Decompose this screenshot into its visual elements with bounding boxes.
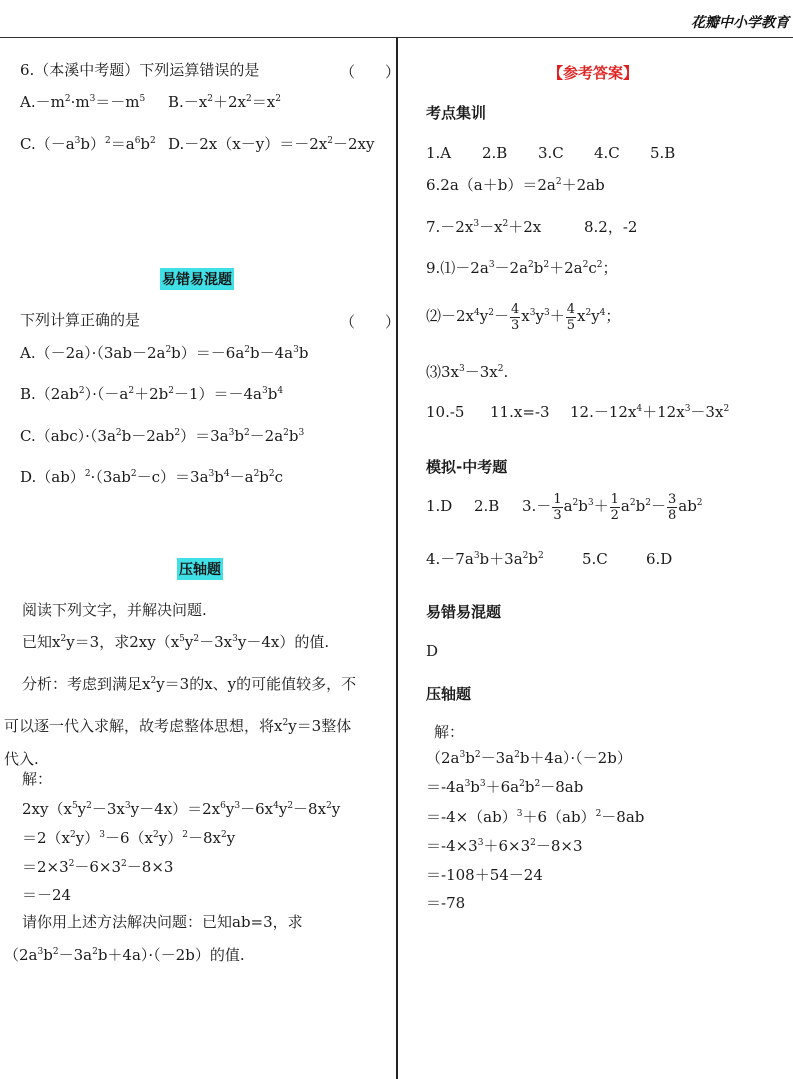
final-step-2: ＝2（x2y）3－6（x2y）2－8x2y bbox=[22, 829, 235, 847]
mock-answer-5: 5.C bbox=[582, 550, 608, 568]
final-solution-step-5: ＝-78 bbox=[426, 894, 465, 912]
final-step-4: ＝－24 bbox=[22, 886, 71, 904]
error-option-a: A.（－2a）·（3ab－2a2b）＝－6a2b－4a3b bbox=[20, 344, 308, 362]
answer-9-1: 9.⑴－2a3－2a2b2＋2a2c2； bbox=[426, 259, 618, 277]
final-task-2: （2a3b2－3a2b＋4a）·（－2b）的值. bbox=[4, 946, 245, 964]
answer-7: 7.－2x3－x2＋2x bbox=[426, 218, 541, 236]
q6-option-b: B.－x2＋2x2＝x2 bbox=[168, 93, 281, 111]
error-option-d: D.（ab）2·（3ab2－c）＝3a3b4－a2b2c bbox=[20, 468, 283, 486]
mock-answer-6: 6.D bbox=[646, 550, 672, 568]
section-title-error-prone: 易错易混题 bbox=[160, 268, 234, 290]
answers-sec4-title: 压轴题 bbox=[426, 683, 471, 704]
answer-10: 10.-5 bbox=[426, 403, 464, 421]
final-solution-step-2: ＝-4×（ab）3＋6（ab）2－8ab bbox=[426, 808, 644, 826]
q6-option-c: C.（－a3b）2＝a6b2 bbox=[20, 135, 156, 153]
mock-answer-1: 1.D bbox=[426, 489, 452, 523]
q6-option-d: D.－2x（x－y）＝－2x2－2xy bbox=[168, 135, 374, 153]
final-line-1: 阅读下列文字，并解决问题. bbox=[22, 601, 207, 619]
mock-answer-2: 2.B bbox=[474, 489, 499, 523]
q6-answer-blank: （ ） bbox=[340, 61, 400, 82]
mock-answer-4: 4.－7a3b＋3a2b2 bbox=[426, 550, 544, 568]
final-analysis-2: 可以逐一代入求解，故考虑整体思想，将x2y＝3整体 bbox=[4, 717, 351, 735]
error-stem: 下列计算正确的是 bbox=[20, 311, 140, 329]
answer-1: 1.A bbox=[426, 144, 451, 162]
error-prone-answer: D bbox=[426, 642, 438, 660]
final-task-1: 请你用上述方法解决问题：已知ab=3，求 bbox=[22, 913, 303, 931]
final-step-3: ＝2×32－6×32－8×3 bbox=[22, 858, 173, 876]
answers-sec2-title: 模拟-中考题 bbox=[426, 456, 507, 477]
answer-11: 11.x=-3 bbox=[490, 403, 550, 421]
final-solution-step-1: ＝-4a3b3＋6a2b2－8ab bbox=[426, 778, 583, 796]
answer-6: 6.2a（a＋b）＝2a2＋2ab bbox=[426, 176, 605, 194]
error-option-c: C.（abc）·（3a2b－2ab2）＝3a3b2－2a2b3 bbox=[20, 427, 304, 445]
answer-4: 4.C bbox=[594, 144, 620, 162]
final-line-2: 已知x2y＝3，求2xy（x5y2－3x3y－4x）的值. bbox=[22, 633, 329, 651]
section-title-final: 压轴题 bbox=[177, 558, 223, 580]
column-divider bbox=[396, 37, 398, 1079]
q6-stem: 6.（本溪中考题）下列运算错误的是 bbox=[20, 61, 259, 79]
answer-8: 8.2，-2 bbox=[584, 218, 637, 236]
final-solution-step-3: ＝-4×33＋6×32－8×3 bbox=[426, 837, 583, 855]
answers-sec1-title: 考点集训 bbox=[426, 102, 486, 123]
answer-2: 2.B bbox=[482, 144, 507, 162]
final-analysis-1: 分析：考虑到满足x2y＝3的x、y的可能值较多，不 bbox=[22, 675, 356, 693]
final-solve-label: 解： bbox=[22, 770, 52, 788]
final-analysis-3: 代入. bbox=[4, 750, 39, 768]
final-solution-step-4: ＝-108＋54－24 bbox=[426, 866, 543, 884]
final-solution-step-0: （2a3b2－3a2b＋4a）·（－2b） bbox=[426, 749, 632, 767]
mock-answer-3: 3.－13a2b3＋12a2b2－38ab2 bbox=[522, 489, 703, 523]
answer-5: 5.B bbox=[650, 144, 675, 162]
answer-key-title: 【参考答案】 bbox=[548, 62, 638, 83]
answer-9-2: ⑵－2x4y2－43x3y3＋45x2y4； bbox=[426, 299, 620, 333]
error-answer-blank: （ ） bbox=[340, 311, 400, 332]
error-option-b: B.（2ab2）·（－a2＋2b2－1）＝－4a3b4 bbox=[20, 385, 283, 403]
answer-12: 12.－12x4＋12x3－3x2 bbox=[570, 403, 729, 421]
answers-sec3-title: 易错易混题 bbox=[426, 601, 501, 622]
q6-option-a: A.－m2·m3＝－m5 bbox=[20, 93, 145, 111]
final-step-1: 2xy（x5y2－3x3y－4x）＝2x6y3－6x4y2－8x2y bbox=[22, 800, 340, 818]
final-solution-label: 解： bbox=[434, 723, 464, 741]
brand-logo: 花瓣中小学教育 bbox=[691, 12, 789, 32]
answer-3: 3.C bbox=[538, 144, 564, 162]
answer-9-3: ⑶3x3－3x2. bbox=[426, 363, 508, 381]
